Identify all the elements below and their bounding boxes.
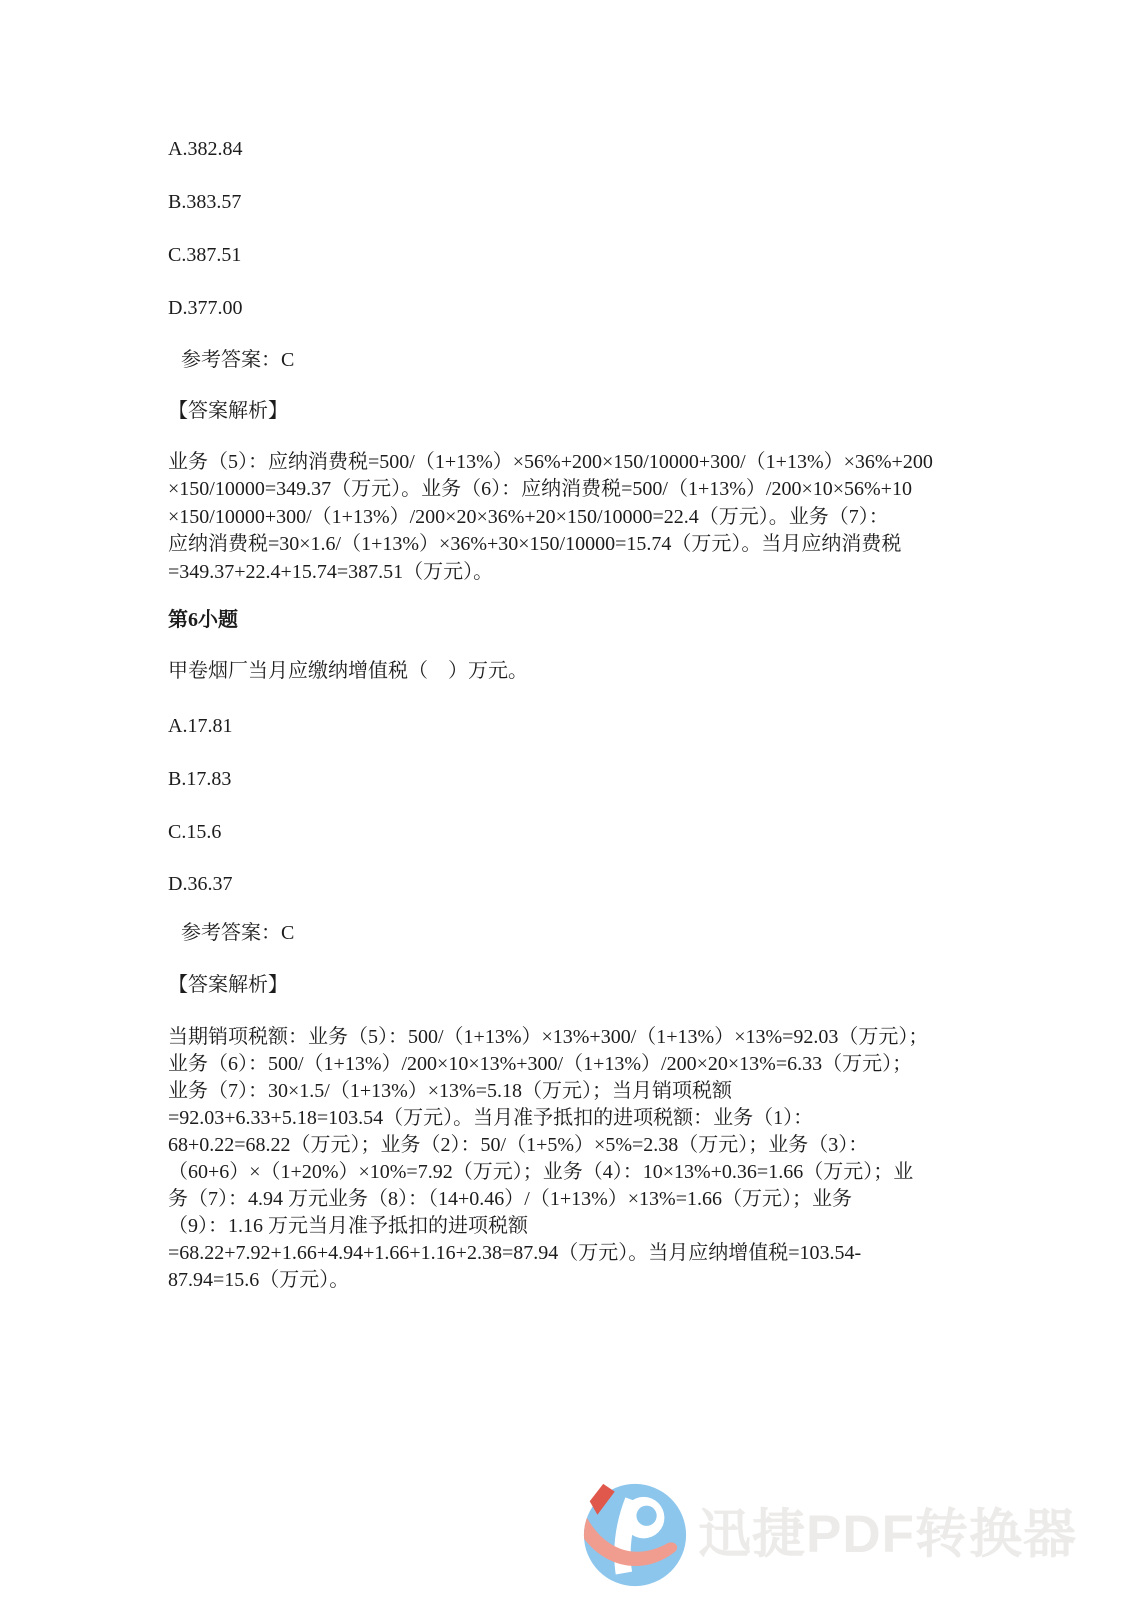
analysis-header: 【答案解析】 xyxy=(168,973,288,998)
document-page: A.382.84 B.383.57 C.387.51 D.377.00 参考答案… xyxy=(0,0,1131,1600)
answer-option-c: C.387.51 xyxy=(168,243,241,268)
analysis-line: 务（7）：4.94 万元业务（8）：（14+0.46）/（1+13%）×13%=… xyxy=(168,1186,928,1213)
analysis-line: 87.94=15.6（万元）。 xyxy=(168,1267,928,1294)
analysis-line: =92.03+6.33+5.18=103.54（万元）。当月准予抵扣的进项税额：… xyxy=(168,1105,928,1132)
answer-option-b: B.383.57 xyxy=(168,190,241,215)
analysis-line: 业务（7）：30×1.5/（1+13%）×13%=5.18（万元）；当月销项税额 xyxy=(168,1078,928,1105)
analysis-line: ×150/10000+300/（1+13%）/200×20×36%+20×150… xyxy=(168,504,933,531)
analysis-line: 68+0.22=68.22（万元）；业务（2）：50/（1+5%）×5%=2.3… xyxy=(168,1132,928,1159)
question-text: 甲卷烟厂当月应缴纳增值税（ ）万元。 xyxy=(168,659,528,684)
analysis-line: 业务（5）：应纳消费税=500/（1+13%）×56%+200×150/1000… xyxy=(168,449,933,476)
analysis-line: 业务（6）：500/（1+13%）/200×10×13%+300/（1+13%）… xyxy=(168,1051,928,1078)
analysis-line: 应纳消费税=30×1.6/（1+13%）×36%+30×150/10000=15… xyxy=(168,531,933,558)
answer-option-d: D.377.00 xyxy=(168,296,242,321)
analysis-paragraph: 业务（5）：应纳消费税=500/（1+13%）×56%+200×150/1000… xyxy=(168,449,933,586)
pdf-converter-icon xyxy=(582,1482,688,1588)
analysis-line: =68.22+7.92+1.66+4.94+1.66+1.16+2.38=87.… xyxy=(168,1240,928,1267)
watermark-text: 迅捷PDF转换器 xyxy=(698,1482,1077,1588)
answer-option-c: C.15.6 xyxy=(168,820,221,845)
reference-answer: 参考答案：C xyxy=(181,921,294,946)
analysis-line: 当期销项税额：业务（5）：500/（1+13%）×13%+300/（1+13%）… xyxy=(168,1024,928,1051)
analysis-line: =349.37+22.4+15.74=387.51（万元）。 xyxy=(168,559,933,586)
analysis-paragraph: 当期销项税额：业务（5）：500/（1+13%）×13%+300/（1+13%）… xyxy=(168,1024,928,1294)
answer-option-d: D.36.37 xyxy=(168,872,232,897)
answer-option-a: A.17.81 xyxy=(168,714,232,739)
analysis-line: ×150/10000=349.37（万元）。业务（6）：应纳消费税=500/（1… xyxy=(168,476,933,503)
watermark-logo: 迅捷PDF转换器 xyxy=(582,1482,1077,1588)
answer-option-a: A.382.84 xyxy=(168,137,242,162)
reference-answer: 参考答案：C xyxy=(181,348,294,373)
analysis-line: （9）：1.16 万元当月准予抵扣的进项税额 xyxy=(168,1213,928,1240)
analysis-header: 【答案解析】 xyxy=(168,399,288,424)
question-heading: 第6小题 xyxy=(168,608,238,633)
analysis-line: （60+6）×（1+20%）×10%=7.92（万元）；业务（4）：10×13%… xyxy=(168,1159,928,1186)
answer-option-b: B.17.83 xyxy=(168,767,231,792)
